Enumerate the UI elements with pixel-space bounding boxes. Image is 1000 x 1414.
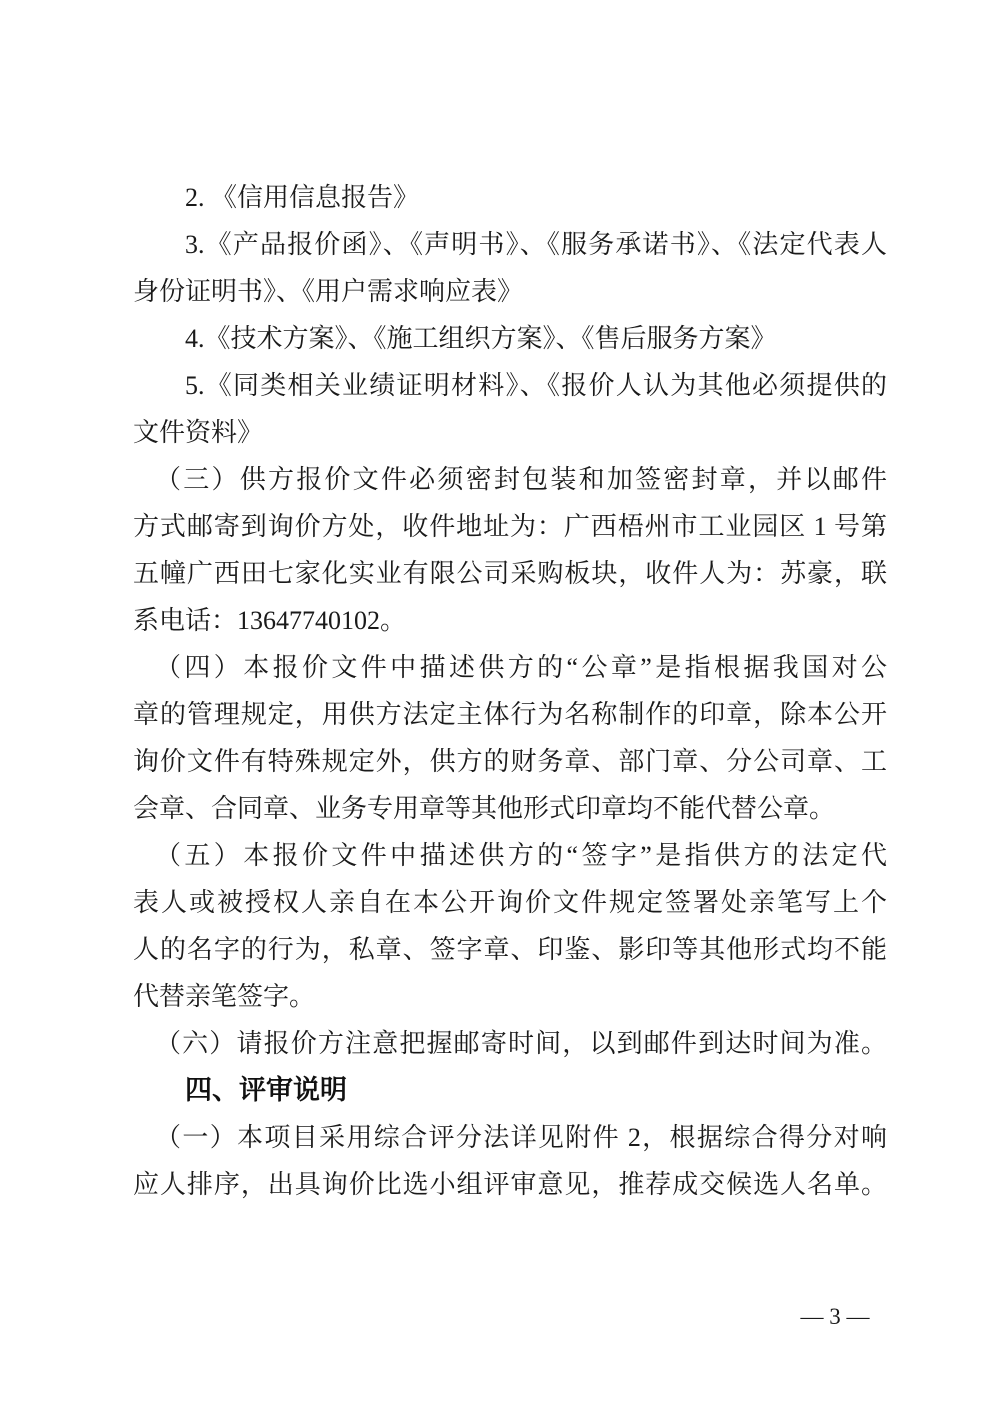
document-page: 2. 《信用信息报告》 3.《产品报价函》、《声明书》、《服务承诺书》、《法定代…: [0, 0, 1000, 1414]
list-item-4-line: 4.《技术方案》、《施工组织方案》、《售后服务方案》: [133, 315, 887, 362]
paragraph-3-line-3: 五幢广西田七家化实业有限公司采购板块，收件人为：苏豪，联: [133, 550, 887, 597]
section-heading-evaluation: 四、评审说明: [133, 1067, 887, 1114]
paragraph-5-line-2: 表人或被授权人亲自在本公开询价文件规定签署处亲笔写上个: [133, 879, 887, 926]
paragraph-5-line-3: 人的名字的行为，私章、签字章、印鉴、影印等其他形式均不能: [133, 926, 887, 973]
paragraph-3-line-1: （三）供方报价文件必须密封包装和加签密封章，并以邮件: [133, 456, 887, 503]
list-item-5-line-2: 文件资料》: [133, 409, 887, 456]
paragraph-review-1-line-2: 应人排序，出具询价比选小组评审意见，推荐成交候选人名单。: [133, 1161, 887, 1208]
paragraph-3-line-4: 系电话：13647740102。: [133, 597, 887, 644]
list-item-3-line-1: 3.《产品报价函》、《声明书》、《服务承诺书》、《法定代表人: [133, 221, 887, 268]
list-item-3-line-2: 身份证明书》、《用户需求响应表》: [133, 268, 887, 315]
paragraph-review-1-line-1: （一）本项目采用综合评分法详见附件 2，根据综合得分对响: [133, 1114, 887, 1161]
paragraph-6-line: （六）请报价方注意把握邮寄时间，以到邮件到达时间为准。: [133, 1020, 887, 1067]
paragraph-3-line-2: 方式邮寄到询价方处，收件地址为：广西梧州市工业园区 1 号第: [133, 503, 887, 550]
paragraph-5-line-1: （五）本报价文件中描述供方的“签字”是指供方的法定代: [133, 832, 887, 879]
paragraph-4-line-1: （四）本报价文件中描述供方的“公章”是指根据我国对公: [133, 644, 887, 691]
list-item-5-line-1: 5.《同类相关业绩证明材料》、《报价人认为其他必须提供的: [133, 362, 887, 409]
paragraph-5-line-4: 代替亲笔签字。: [133, 973, 887, 1020]
paragraph-4-line-2: 章的管理规定，用供方法定主体行为名称制作的印章，除本公开: [133, 691, 887, 738]
document-body: 2. 《信用信息报告》 3.《产品报价函》、《声明书》、《服务承诺书》、《法定代…: [133, 174, 887, 1208]
paragraph-4-line-3: 询价文件有特殊规定外，供方的财务章、部门章、分公司章、工: [133, 738, 887, 785]
list-item-2-line: 2. 《信用信息报告》: [133, 174, 887, 221]
page-number: — 3 —: [745, 1304, 925, 1330]
paragraph-4-line-4: 会章、合同章、业务专用章等其他形式印章均不能代替公章。: [133, 785, 887, 832]
